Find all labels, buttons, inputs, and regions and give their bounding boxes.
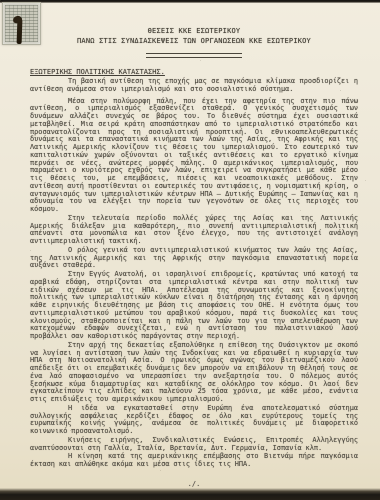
ink-mark-icon [17, 19, 23, 44]
title-line-2: ΠΑΝΩ ΣΤΙΣ ΣΥΝΔΙΑΣΚΕΨΕΙΣ ΤΩΝ ΟΡΓΑΝΩΣΕΩΝ Κ… [30, 36, 358, 46]
scan-bottom-edge [0, 488, 380, 500]
title-separator-rule [146, 53, 242, 58]
scan-top-edge [0, 0, 380, 3]
title-line-1: ΘΕΣΕΙΣ ΚΚΕ ΕΣΩΤΕΡΙΚΟΥ [30, 26, 358, 36]
paragraph: Η ιδέα να εγκατασταθεί στην Ευρώπη ένα α… [30, 405, 358, 436]
document-body: ΘΕΣΕΙΣ ΚΚΕ ΕΣΩΤΕΡΙΚΟΥ ΠΑΝΩ ΣΤΙΣ ΣΥΝΔΙΑΣΚ… [30, 26, 358, 488]
paragraph: Τη βασική αντίθεση της εποχής μας σε παγ… [30, 78, 358, 94]
paragraph: Στην αρχή της δεκαετίας εξαπολύθηκε η επ… [30, 342, 358, 404]
paragraph: Κινήσεις ειρήνης, Συνδικαλιστικές Ενώσει… [30, 437, 358, 453]
paragraph: Στην τελευταία περίοδο πολλές χώρες της … [30, 215, 358, 246]
document-title: ΘΕΣΕΙΣ ΚΚΕ ΕΣΩΤΕΡΙΚΟΥ ΠΑΝΩ ΣΤΙΣ ΣΥΝΔΙΑΣΚ… [30, 26, 358, 46]
page-continuation-mark: ./. [30, 480, 358, 488]
paragraph: Μέσα στην πολύμορφη πάλη, που έχει την α… [30, 98, 358, 214]
paragraph: Η κίνηση κατά της αμερικάνικης επέμβασης… [30, 453, 358, 469]
scanned-document-page: ΘΕΣΕΙΣ ΚΚΕ ΕΣΩΤΕΡΙΚΟΥ ΠΑΝΩ ΣΤΙΣ ΣΥΝΔΙΑΣΚ… [0, 0, 380, 500]
section-heading: ΕΞΩΤΕΡΙΚΗΣ ΠΟΛΙΤΙΚΗΣ ΚΑΤΑΣΤΑΣΗΣ. [30, 68, 358, 76]
paper-noise-speckles [0, 0, 1, 1]
paragraph: Στην Εγγύς Ανατολή, οι ισραηλινοί επιδρο… [30, 271, 358, 341]
paragraphs-container: Τη βασική αντίθεση της εποχής μας σε παγ… [30, 78, 358, 469]
paragraph: Ο ρόλος γενικά του αντιιμπεριαλιστικού κ… [30, 247, 358, 270]
